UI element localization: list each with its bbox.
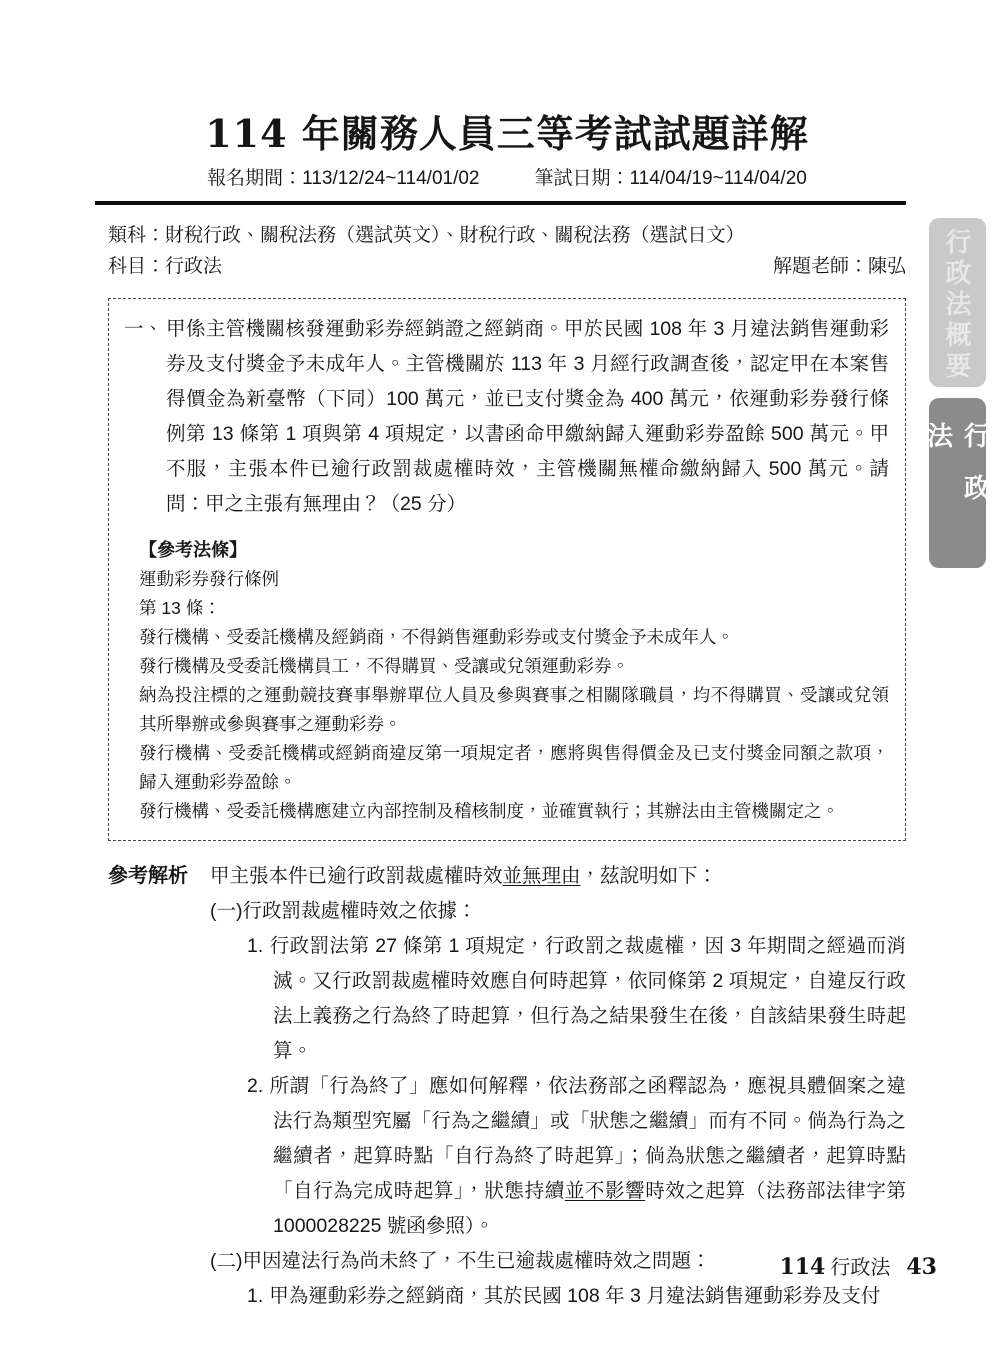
written-exam-date: 筆試日期：114/04/19~114/04/20 (535, 167, 807, 191)
law-clause: 發行機構、受委託機構及經銷商，不得銷售運動彩券或支付獎金予未成年人。 (139, 623, 889, 652)
reference-laws: 【參考法條】 運動彩券發行條例 第 13 條： 發行機構、受委託機構及經銷商，不… (124, 535, 889, 826)
analysis-section: 參考解析 甲主張本件已逾行政罰裁處權時效並無理由，茲說明如下： (一)行政罰裁處… (108, 859, 906, 1314)
header-divider (95, 201, 906, 205)
registration-period: 報名期間：113/12/24~114/01/02 (207, 167, 479, 191)
footer-page-number: 43 (906, 1252, 937, 1282)
analysis-intro: 甲主張本件已逾行政罰裁處權時效並無理由，茲說明如下： (210, 859, 906, 894)
subject-row: 科目：行政法 解題老師：陳弘 (108, 251, 906, 282)
question-box: 一、 甲係主管機關核發運動彩券經銷證之經銷商。甲於民國 108 年 3 月違法銷… (108, 298, 906, 841)
page-title: 114 年關務人員三等考試試題詳解 (108, 110, 906, 158)
page-footer: 114 行政法 43 (779, 1252, 937, 1283)
law-clauses: 發行機構、受委託機構及經銷商，不得銷售運動彩券或支付獎金予未成年人。發行機構及受… (139, 623, 889, 826)
analysis-sections: (一)行政罰裁處權時效之依據：1.行政罰法第 27 條第 1 項規定，行政罰之裁… (210, 894, 906, 1314)
law-clause: 納為投注標的之運動競技賽事舉辦單位人員及參與賽事之相關隊職員，均不得購買、受讓或… (139, 681, 889, 739)
subject-line: 科目：行政法 (108, 251, 222, 282)
text-segment: 甲為運動彩券之經銷商，其於民國 108 年 3 月違法銷售運動彩券及支付 (269, 1285, 880, 1307)
law-name: 運動彩券發行條例 (139, 565, 889, 594)
text-segment: 並無理由 (503, 865, 581, 887)
analysis-section-heading: (一)行政罰裁處權時效之依據： (210, 894, 906, 929)
question-number: 一、 (124, 312, 166, 522)
analysis-content: 甲主張本件已逾行政罰裁處權時效並無理由，茲說明如下： (一)行政罰裁處權時效之依… (210, 859, 906, 1314)
category-line: 類科：財稅行政、關稅法務（選試英文）、財稅行政、關稅法務（選試日文） (108, 220, 906, 251)
solver-line: 解題老師：陳弘 (773, 251, 906, 282)
text-segment: 並不影響 (565, 1180, 645, 1202)
footer-year: 114 (779, 1252, 825, 1282)
exam-meta: 類科：財稅行政、關稅法務（選試英文）、財稅行政、關稅法務（選試日文） 科目：行政… (108, 220, 906, 282)
side-tab-admin-law-label: 行政法 (921, 398, 995, 568)
page-main: 114 年關務人員三等考試試題詳解 報名期間：113/12/24~114/01/… (0, 0, 1000, 1314)
footer-subject: 行政法 (830, 1253, 890, 1283)
question-row: 一、 甲係主管機關核發運動彩券經銷證之經銷商。甲於民國 108 年 3 月違法銷… (124, 312, 889, 522)
analysis-item-number: 2. (247, 1075, 263, 1097)
law-clause: 發行機構、受委託機構或經銷商違反第一項規定者，應將與售得價金及已支付獎金同額之款… (139, 739, 889, 797)
law-clause: 發行機構及受委託機構員工，不得購買、受讓或兌領運動彩券。 (139, 652, 889, 681)
exam-dates-line: 報名期間：113/12/24~114/01/02 筆試日期：114/04/19~… (108, 167, 906, 191)
analysis-item: 2.所謂「行為終了」應如何解釋，依法務部之函釋認為，應視具體個案之違法行為類型究… (247, 1069, 906, 1244)
analysis-item-number: 1. (247, 1285, 263, 1307)
reference-laws-title: 【參考法條】 (139, 535, 889, 565)
law-article: 第 13 條： (139, 594, 889, 623)
text-segment: 行政罰法第 27 條第 1 項規定，行政罰之裁處權，因 3 年期間之經過而消滅。… (269, 935, 906, 1062)
analysis-label: 參考解析 (108, 859, 210, 1314)
text-segment: 甲主張本件已逾行政罰裁處權時效 (210, 865, 503, 887)
law-clause: 發行機構、受委託機構應建立內部控制及稽核制度，並確實執行；其辦法由主管機關定之。 (139, 797, 889, 826)
side-tab-admin-law: 行政法 (929, 398, 986, 568)
analysis-item-number: 1. (247, 935, 263, 957)
exam-solution-page: 114 年關務人員三等考試試題詳解 報名期間：113/12/24~114/01/… (0, 0, 1000, 1353)
analysis-item: 1.甲為運動彩券之經銷商，其於民國 108 年 3 月違法銷售運動彩券及支付 (247, 1279, 906, 1314)
side-tab-admin-law-summary-label: 行政法概要 (939, 223, 976, 383)
analysis-item: 1.行政罰法第 27 條第 1 項規定，行政罰之裁處權，因 3 年期間之經過而消… (247, 929, 906, 1069)
question-text: 甲係主管機關核發運動彩券經銷證之經銷商。甲於民國 108 年 3 月違法銷售運動… (166, 312, 889, 522)
side-tab-admin-law-summary: 行政法概要 (929, 218, 986, 387)
text-segment: ，茲說明如下： (581, 865, 718, 887)
